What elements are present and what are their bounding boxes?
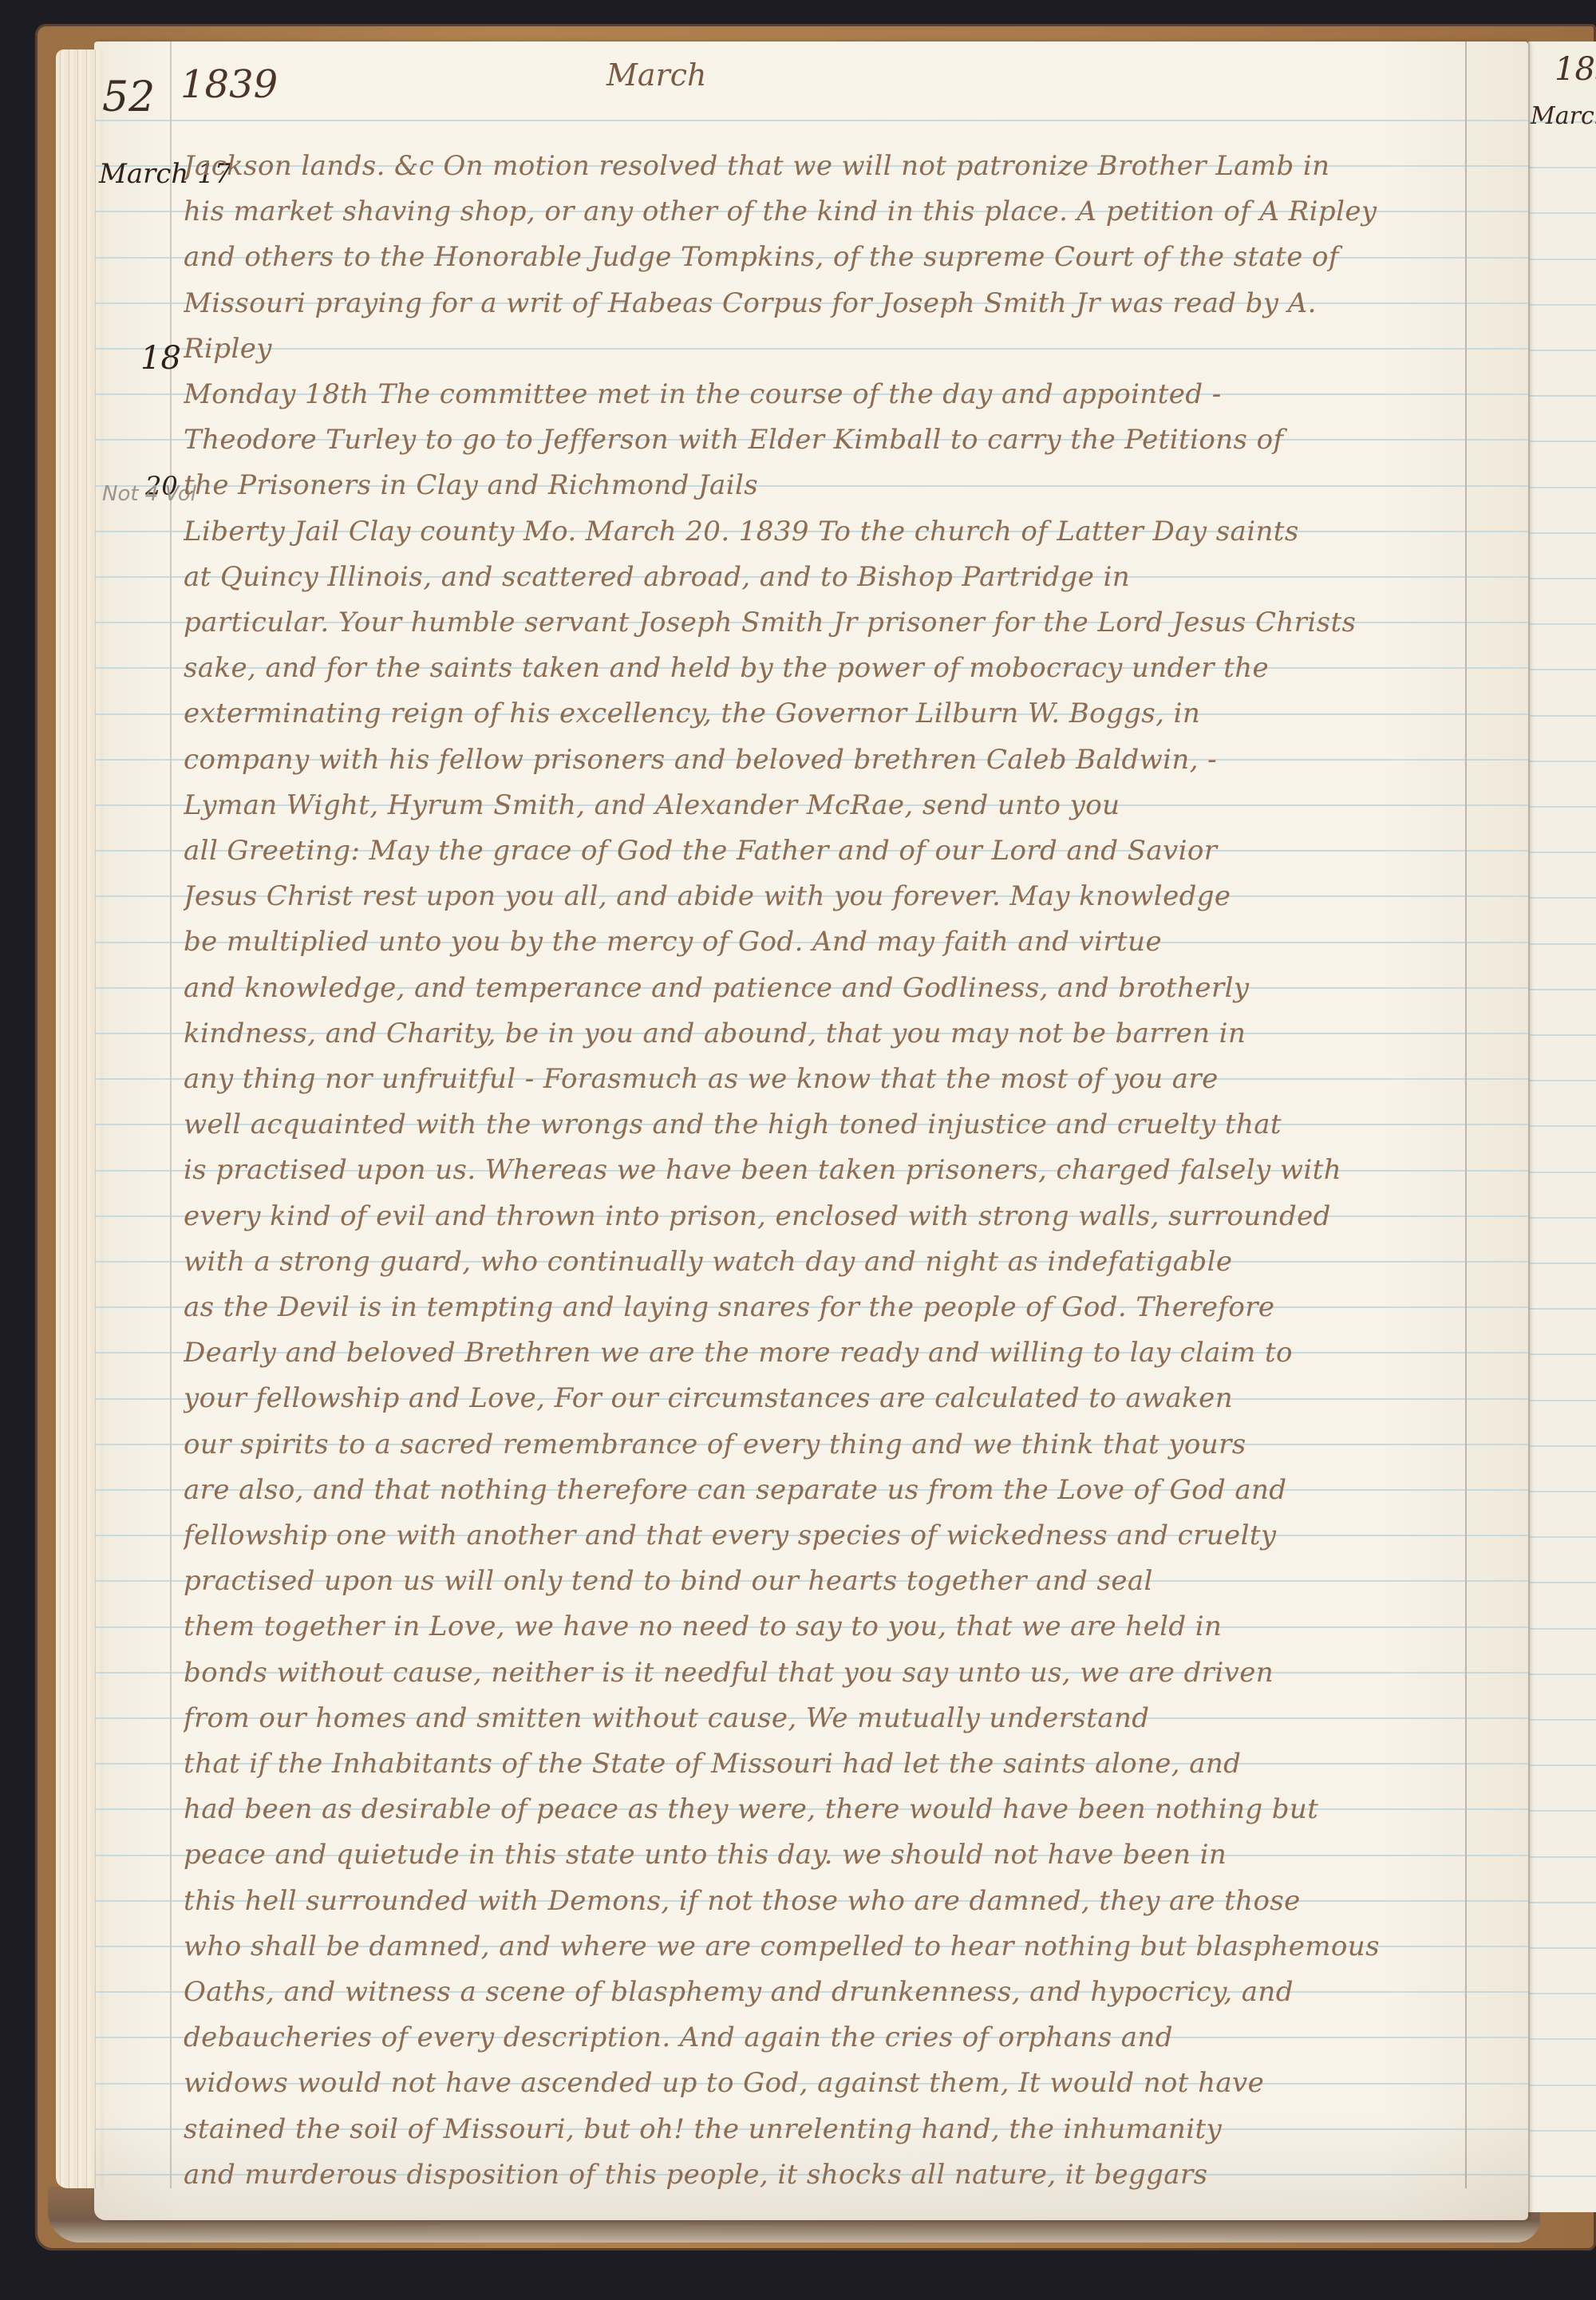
text-line: Jesus Christ rest upon you all, and abid…	[184, 880, 1464, 912]
next-page-ruled-line	[1530, 897, 1596, 899]
next-page-ruled-line	[1530, 1810, 1596, 1812]
next-page-ruled-line	[1530, 2038, 1596, 2040]
next-page-ruled-line	[1530, 2130, 1596, 2132]
text-line: fellowship one with another and that eve…	[184, 1520, 1464, 1551]
next-page-edge	[1528, 41, 1596, 2212]
next-page-ruled-line	[1530, 395, 1596, 397]
next-page-ruled-line	[1530, 259, 1596, 260]
next-page-ruled-line	[1530, 852, 1596, 853]
next-page-ruled-line	[1530, 532, 1596, 534]
text-line: Oaths, and witness a scene of blasphemy …	[184, 1976, 1464, 2008]
next-page-ruled-line	[1530, 1902, 1596, 1903]
text-line: from our homes and smitten without cause…	[184, 1702, 1464, 1734]
text-line: company with his fellow prisoners and be…	[184, 744, 1464, 776]
next-page-ruled-line	[1530, 1536, 1596, 1538]
next-page-ruled-line	[1530, 1308, 1596, 1310]
next-page-ruled-line	[1530, 1125, 1596, 1127]
right-margin-rule	[1465, 41, 1467, 2188]
next-page-ruled-line	[1530, 1080, 1596, 1081]
text-line: well acquainted with the wrongs and the …	[184, 1109, 1464, 1140]
next-page-ruled-line	[1530, 1034, 1596, 1036]
next-page-ruled-line	[1530, 487, 1596, 488]
text-line: with a strong guard, who continually wat…	[184, 1246, 1464, 1278]
next-page-ruled-line	[1530, 2085, 1596, 2086]
text-line: the Prisoners in Clay and Richmond Jails	[184, 469, 1464, 501]
next-page-ruled-line	[1530, 1445, 1596, 1447]
text-line: any thing nor unfruitful - Forasmuch as …	[184, 1063, 1464, 1095]
next-page-year: 183	[1555, 51, 1596, 88]
text-line: particular. Your humble servant Joseph S…	[184, 607, 1464, 638]
next-page-ruled-line	[1530, 350, 1596, 351]
text-line: Missouri praying for a writ of Habeas Co…	[184, 287, 1464, 319]
text-line: kindness, and Charity, be in you and abo…	[184, 1018, 1464, 1049]
next-page-ruled-line	[1530, 1628, 1596, 1630]
next-page-ruled-line	[1530, 441, 1596, 442]
next-page-ruled-line	[1530, 1172, 1596, 1173]
page-bottom-shade	[94, 2115, 1528, 2220]
next-page-ruled-line	[1530, 167, 1596, 168]
next-page-ruled-line	[1530, 1217, 1596, 1219]
text-line: our spirits to a sacred remembrance of e…	[184, 1429, 1464, 1460]
text-line: bonds without cause, neither is it needf…	[184, 1657, 1464, 1689]
next-page-ruled-line	[1530, 1674, 1596, 1675]
next-page-ruled-line	[1530, 212, 1596, 214]
next-page-ruled-line	[1530, 806, 1596, 808]
text-line: Lyman Wight, Hyrum Smith, and Alexander …	[184, 789, 1464, 821]
text-line: at Quincy Illinois, and scattered abroad…	[184, 561, 1464, 593]
page-number: 52	[102, 73, 155, 121]
text-line: this hell surrounded with Demons, if not…	[184, 1885, 1464, 1917]
next-page-ruled-line	[1530, 304, 1596, 306]
text-line: sake, and for the saints taken and held …	[184, 652, 1464, 684]
text-line: practised upon us will only tend to bind…	[184, 1565, 1464, 1597]
text-line: Liberty Jail Clay county Mo. March 20. 1…	[184, 516, 1464, 547]
text-line: that if the Inhabitants of the State of …	[184, 1748, 1464, 1780]
text-line: your fellowship and Love, For our circum…	[184, 1382, 1464, 1414]
next-page-ruled-line	[1530, 715, 1596, 717]
text-line: peace and quietude in this state unto th…	[184, 1839, 1464, 1871]
text-line: Jackson lands. &c On motion resolved tha…	[184, 150, 1464, 182]
next-page-ruled-line	[1530, 1993, 1596, 1994]
text-line: them together in Love, we have no need t…	[184, 1610, 1464, 1642]
next-page-ruled-line	[1530, 761, 1596, 762]
next-page-ruled-line	[1530, 1354, 1596, 1355]
next-page-ruled-line	[1530, 623, 1596, 625]
text-line: who shall be damned, and where we are co…	[184, 1930, 1464, 1962]
text-line: exterminating reign of his excellency, t…	[184, 698, 1464, 729]
text-line: Theodore Turley to go to Jefferson with …	[184, 424, 1464, 456]
text-line: are also, and that nothing therefore can…	[184, 1474, 1464, 1506]
next-page-ruled-line	[1530, 2176, 1596, 2177]
next-page-ruled-line	[1530, 1491, 1596, 1492]
next-page-ruled-line	[1530, 1582, 1596, 1583]
text-line: widows would not have ascended up to God…	[184, 2067, 1464, 2099]
margin-date-18: 18	[140, 340, 181, 377]
text-line: had been as desirable of peace as they w…	[184, 1793, 1464, 1825]
text-line: his market shaving shop, or any other of…	[184, 196, 1464, 227]
text-line: all Greeting: May the grace of God the F…	[184, 835, 1464, 867]
next-page-ruled-line	[1530, 1856, 1596, 1858]
text-line: debaucheries of every description. And a…	[184, 2021, 1464, 2053]
pencil-margin-note: Not 4 Vol	[102, 482, 196, 506]
text-line: every kind of evil and thrown into priso…	[184, 1200, 1464, 1232]
text-line: and knowledge, and temperance and patien…	[184, 972, 1464, 1004]
text-line: Ripley	[184, 333, 1464, 365]
next-page-ruled-line	[1530, 943, 1596, 945]
text-line: as the Devil is in tempting and laying s…	[184, 1291, 1464, 1323]
text-line: Monday 18th The committee met in the cou…	[184, 378, 1464, 410]
next-page-ruled-line	[1530, 1765, 1596, 1766]
ruled-line	[94, 120, 1528, 121]
next-page-date: March 2	[1531, 102, 1596, 130]
next-page-ruled-line	[1530, 1263, 1596, 1264]
next-page-ruled-line	[1530, 578, 1596, 579]
next-page-ruled-line	[1530, 1719, 1596, 1721]
page-stack-edge	[56, 49, 104, 2188]
text-line: be multiplied unto you by the mercy of G…	[184, 926, 1464, 958]
page-year: 1839	[180, 62, 278, 107]
next-page-ruled-line	[1530, 669, 1596, 670]
next-page-ruled-line	[1530, 1400, 1596, 1401]
text-line: Dearly and beloved Brethren we are the m…	[184, 1337, 1464, 1369]
month-heading: March	[606, 57, 707, 93]
next-page-ruled-line	[1530, 989, 1596, 990]
text-line: and others to the Honorable Judge Tompki…	[184, 241, 1464, 273]
text-line: is practised upon us. Whereas we have be…	[184, 1154, 1464, 1186]
next-page-ruled-line	[1530, 1947, 1596, 1949]
